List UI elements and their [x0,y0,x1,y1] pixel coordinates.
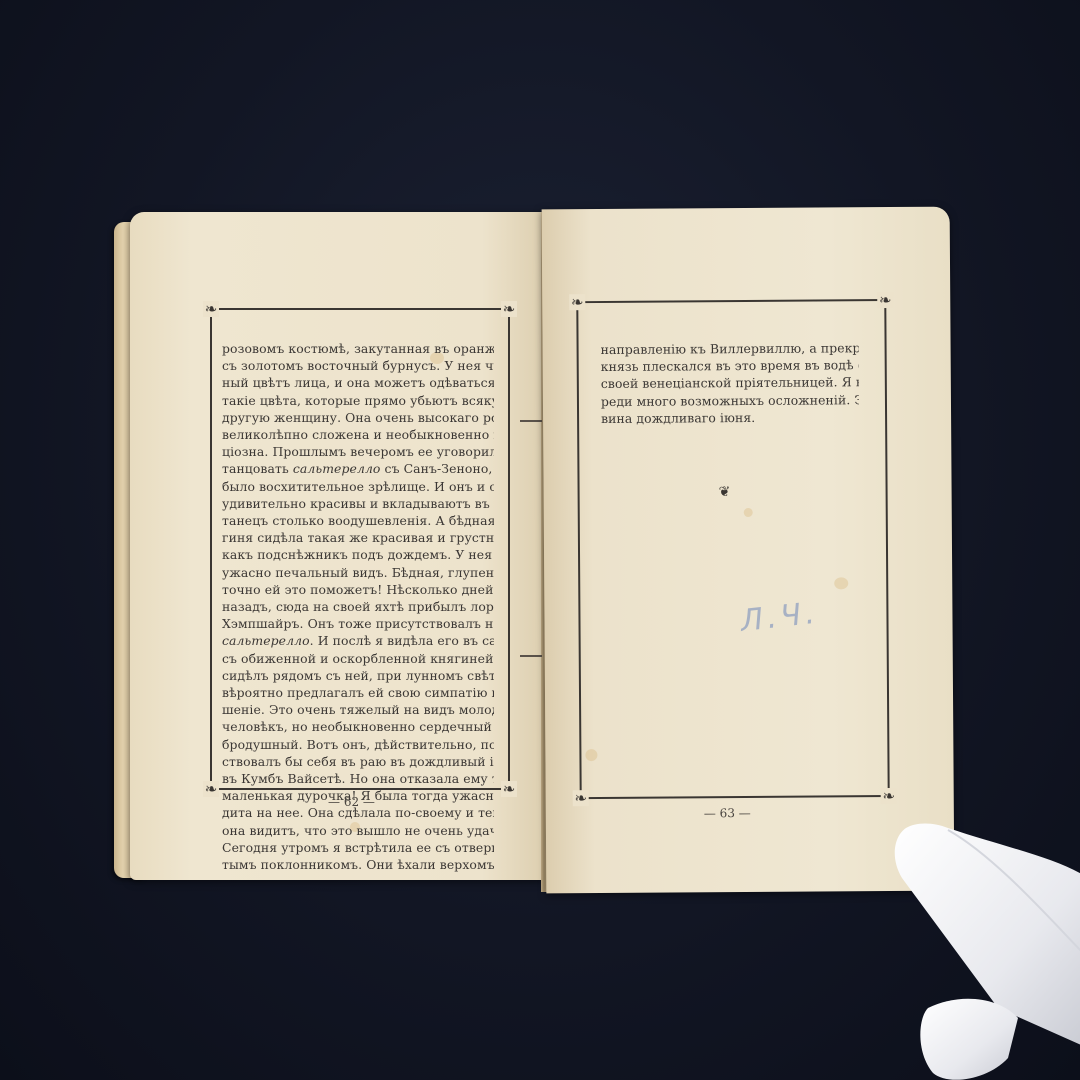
binding-stitch [520,655,542,657]
text-line: бродушный. Вотъ онъ, дѣйствительно, почу… [222,736,494,753]
left-page-body-text: розовомъ костюмѣ, закутанная въ оранжевы… [222,340,494,873]
text-line: человѣкъ, но необыкновенно сердечный и д… [222,718,494,735]
fleuron-ornament-icon: ❦ [719,484,731,500]
text-line: назадъ, сюда на своей яхтѣ прибылъ лордъ [222,598,494,615]
text-line: шеніе. Это очень тяжелый на видъ молодой [222,701,494,718]
page-number: — 63 — [704,806,751,820]
corner-ornament-icon: ❧ [203,301,219,317]
text-line: съ обиженной и оскорбленной княгиней. Он… [222,650,494,667]
open-book: ❧ ❧ ❧ ❧ розовомъ костюмѣ, закутанная въ … [0,0,1080,1080]
text-line: вѣроятно предлагалъ ей свою симпатію и у… [222,684,494,701]
text-line: ствовалъ бы себя въ раю въ дождливый іюн… [222,753,494,770]
text-line: было восхитительное зрѣлище. И онъ и она [222,478,494,495]
corner-ornament-icon: ❧ [501,301,517,317]
text-line: сидѣлъ рядомъ съ ней, при лунномъ свѣтѣ,… [222,667,494,684]
text-line: какъ подснѣжникъ подъ дождемъ. У нея был… [222,546,494,563]
text-line: реди много возможныхъ осложненій. Это вс… [601,391,859,410]
corner-ornament-icon: ❧ [203,781,219,797]
text-line: такіе цвѣта, которые прямо убьютъ всякую [222,392,494,409]
text-line: другую женщину. Она очень высокаго роста… [222,409,494,426]
corner-ornament-icon: ❧ [877,292,893,308]
text-line: великолѣпно сложена и необыкновенно гра- [222,426,494,443]
text-line: гиня сидѣла такая же красивая и грустная… [222,529,494,546]
text-line: ціозна. Прошлымъ вечеромъ ее уговорили п… [222,443,494,460]
text-line: сальтерелло. И послѣ я видѣла его въ сад… [222,632,494,649]
text-line: танцовать сальтерелло съ Санъ-Зеноно, и … [222,460,494,477]
text-line: въ Кумбъ Вайсетѣ. Но она отказала ему то… [222,770,494,787]
text-line: она видитъ, что это вышло не очень удачн… [222,822,494,839]
corner-ornament-icon: ❧ [573,790,589,806]
corner-ornament-icon: ❧ [569,294,585,310]
text-line: съ золотомъ восточный бурнусъ. У нея чуд… [222,357,494,374]
text-line: Сегодня утромъ я встрѣтила ее съ отвергн… [222,839,494,856]
binding-stitch [520,420,542,422]
page-number: — 62 — [328,795,375,809]
text-line: своей венеціанской пріятельницей. Я вижу… [601,374,859,393]
text-line: направленію къ Виллервиллю, а прекрасный [601,339,859,358]
text-line: ный цвѣтъ лица, и она можетъ одѣваться в… [222,374,494,391]
text-line: точно ей это поможетъ! Нѣсколько дней то… [222,581,494,598]
right-page-body-text: направленію къ Виллервиллю, а прекрасный… [601,339,860,427]
corner-ornament-icon: ❧ [881,788,897,804]
text-line: Хэмпшайръ. Онъ тоже присутствовалъ на [222,615,494,632]
corner-ornament-icon: ❧ [501,781,517,797]
text-line: удивительно красивы и вкладываютъ въ это… [222,495,494,512]
text-line: тымъ поклонникомъ. Они ѣхали верхомъ по [222,856,494,873]
text-line: розовомъ костюмѣ, закутанная въ оранжевы… [222,340,494,357]
text-line: танецъ столько воодушевленія. А бѣдная к… [222,512,494,529]
text-line: ужасно печальный видъ. Бѣдная, глупенька… [222,564,494,581]
text-line: вина дождливаго іюня. [601,408,859,427]
right-page: ❧ ❧ ❧ ❧ направленію къ Виллервиллю, а пр… [542,207,955,894]
left-page: ❧ ❧ ❧ ❧ розовомъ костюмѣ, закутанная въ … [130,212,544,880]
text-line: князь плескался въ это время въ водѣ со [601,356,859,375]
white-gloved-hand [888,818,1080,1080]
